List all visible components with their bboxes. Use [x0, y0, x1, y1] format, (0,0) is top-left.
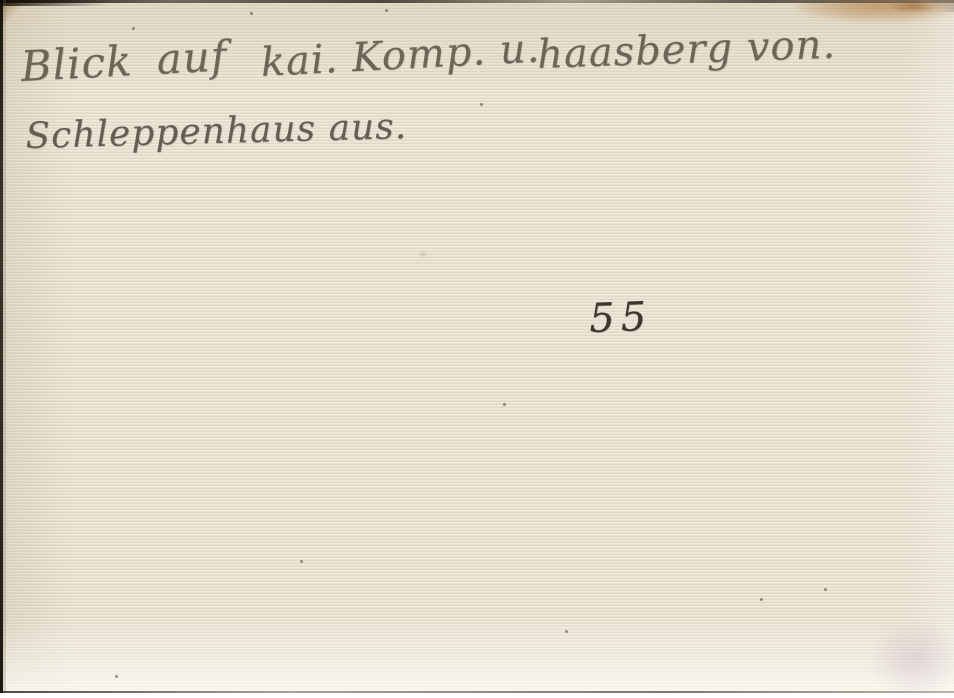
- paper-speck: [760, 598, 763, 601]
- paper-speck: [824, 588, 827, 591]
- photo-number: 55: [588, 294, 652, 342]
- handwriting-line1-segment2: kai. Komp. u.: [260, 25, 542, 86]
- scan-edge-top-left: [0, 0, 110, 6]
- paper-speck: [250, 12, 253, 15]
- purple-smudge-bottom-right: [868, 618, 954, 693]
- paper-shading-right: [904, 0, 954, 693]
- paper-speck: [115, 675, 118, 678]
- handwriting-line1-segment3: haasberg von.: [536, 22, 836, 78]
- paper-shading-left: [0, 0, 70, 693]
- paper-speck: [385, 9, 388, 12]
- scan-edge-left-shadow: [3, 0, 6, 693]
- scan-edge-top: [0, 0, 954, 3]
- photo-back-paper: Blick auf kai. Komp. u. haasberg von. Sc…: [0, 0, 954, 693]
- faint-stain-dot: [418, 250, 428, 258]
- handwriting-line1-segment1: Blick auf: [19, 31, 228, 91]
- paper-speck: [480, 103, 483, 106]
- paper-speck: [300, 560, 303, 563]
- paper-speck: [503, 403, 506, 406]
- paper-speck: [565, 630, 568, 633]
- paper-speck: [132, 27, 135, 30]
- handwriting-line2: Schleppenhaus aus.: [25, 106, 408, 157]
- paper-shading-bottom: [0, 618, 954, 693]
